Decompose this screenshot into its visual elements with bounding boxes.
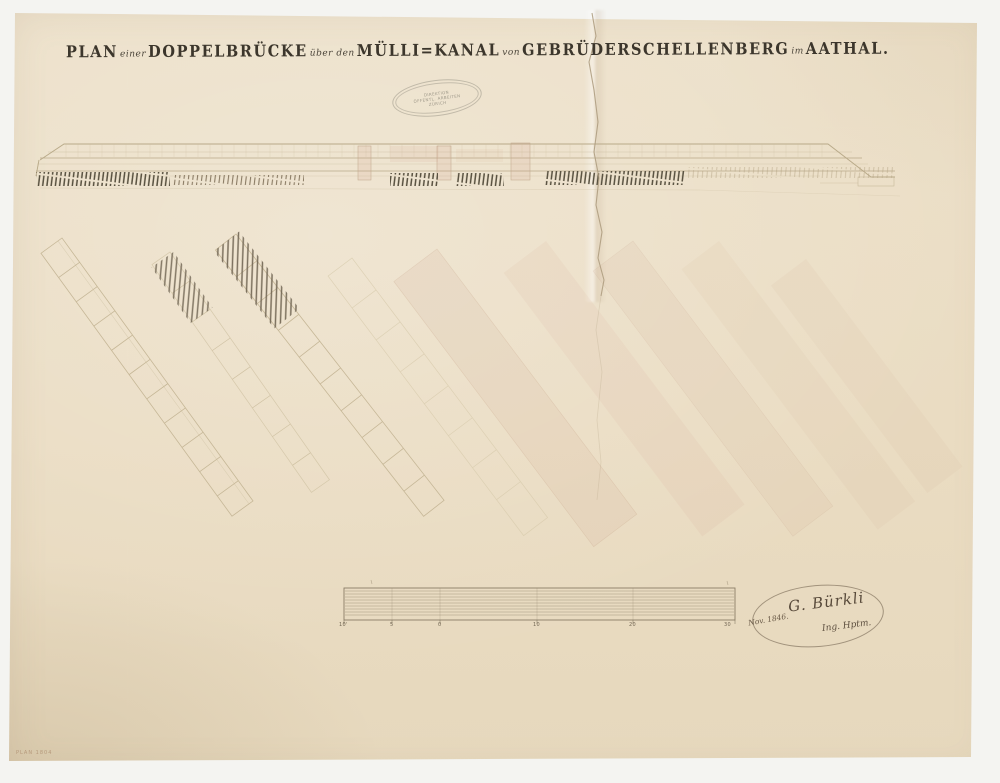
bridge-elevation-drawing [36,143,900,196]
abutment-hatch-band [214,232,300,329]
plan-ladder [150,250,332,493]
paper-tear [589,13,604,500]
technical-drawing [0,0,1000,783]
title-word: MÜLLI=KANAL [357,41,501,61]
scale-label: 5 [390,622,393,628]
title-word: einer [118,49,148,59]
title-word: von [500,48,522,58]
archive-note: PLAN 1804 [16,750,52,756]
title-word: PLAN [66,42,118,61]
scale-label: 10' [339,622,348,628]
sheet-title: PLAN einer DOPPELBRÜCKE über den MÜLLI=K… [66,40,856,69]
plan-ladder [41,238,253,516]
title-word: im [789,46,805,56]
title-word: über den [308,48,357,58]
scale-bar [344,580,735,624]
title-word: GEBRÜDER [522,40,631,60]
title-word: AATHAL. [806,39,890,58]
scale-label: 20 [629,622,636,628]
abutment-hatch-band [151,252,212,323]
title-word: SCHELLENBERG [631,40,789,60]
piling-hatches [36,167,893,186]
title-word: DOPPELBRÜCKE [148,42,308,62]
scale-label: 30 [724,622,731,628]
scan-background: { "sheet": { "title_segments": [ {"text"… [0,0,1000,783]
scale-label: 0 [438,622,441,628]
scale-label: 10 [533,622,540,628]
wash-bands [394,241,963,547]
